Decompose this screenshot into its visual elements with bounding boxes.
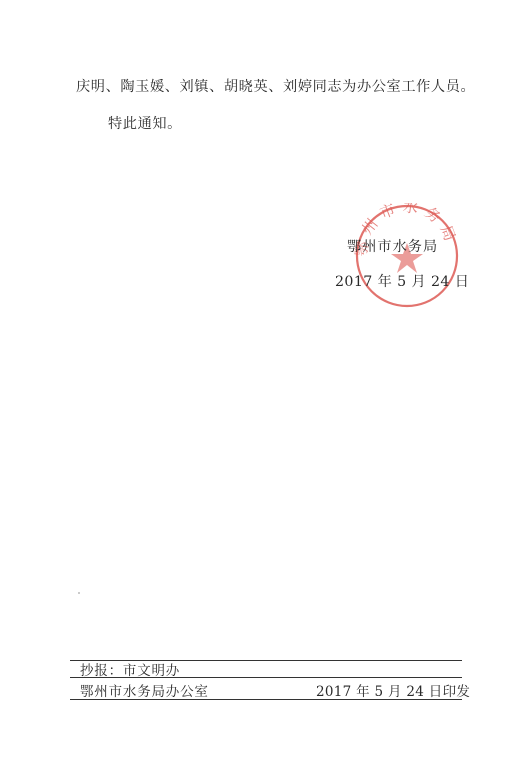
signing-organization: 鄂州市水务局	[347, 236, 438, 256]
issuing-office: 鄂州市水务局办公室	[80, 680, 209, 700]
cc-line: 抄报：市文明办	[80, 659, 180, 679]
footer-rule-bottom	[70, 699, 462, 700]
issue-date: 2017 年 5 月 24 日印发	[316, 680, 470, 700]
signing-date: 2017 年 5 月 24 日	[335, 271, 469, 291]
body-paragraph-staff-list: 庆明、陶玉媛、刘镇、胡晓英、刘婷同志为办公室工作人员。	[76, 76, 475, 96]
scan-artifact	[78, 592, 80, 594]
footer-rule-middle	[70, 677, 462, 678]
body-paragraph-closing: 特此通知。	[108, 113, 182, 133]
official-seal-stamp: 鄂州市水务局	[354, 203, 460, 309]
